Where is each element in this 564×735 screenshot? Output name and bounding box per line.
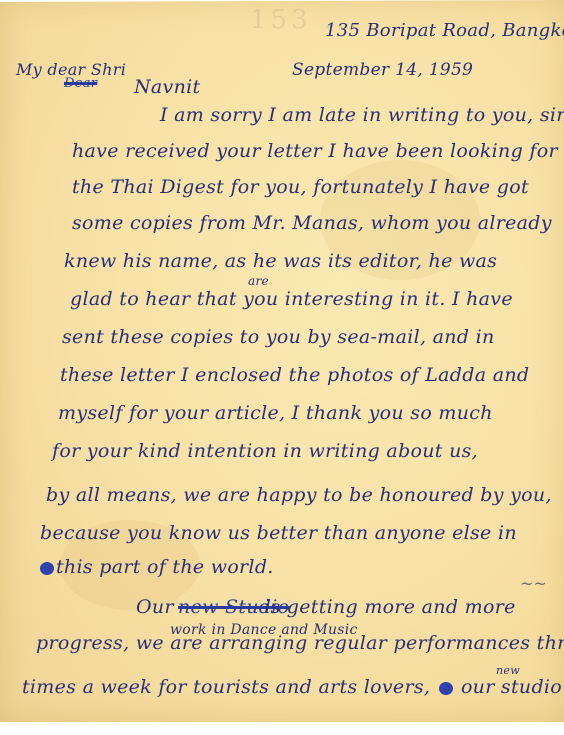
letter-line: have received your letter I have been lo… [72, 140, 558, 162]
recipient-name: Navnit [134, 76, 200, 98]
letter-line: sent these copies to you by sea-mail, an… [62, 326, 495, 348]
inserted-word-new: new [496, 664, 520, 677]
letter-line: for your kind intention in writing about… [52, 440, 478, 462]
letter-line-text: times a week for tourists and arts lover… [22, 676, 430, 698]
letter-date: September 14, 1959 [292, 60, 473, 80]
letter-line-text: this part of the world. [56, 556, 274, 578]
ink-blot [439, 682, 453, 695]
struck-word: Dear [64, 76, 97, 91]
letter-line: because you know us better than anyone e… [40, 522, 517, 544]
letter-line: the Thai Digest for you, fortunately I h… [72, 176, 529, 198]
letter-line: some copies from Mr. Manas, whom you alr… [72, 212, 552, 234]
inserted-word-are: are [248, 274, 269, 288]
ink-blot [40, 562, 54, 575]
sender-address: 135 Boripat Road, Bangkok. [325, 20, 564, 41]
letter-line: Our [136, 596, 174, 618]
letter-line: this part of the world. [38, 556, 274, 578]
letter-line-text: our studio [461, 676, 562, 698]
letter-line: these letter I enclosed the photos of La… [60, 364, 529, 386]
letter-line: glad to hear that you interesting in it.… [70, 288, 513, 310]
letter-line: progress, we are arranging regular perfo… [36, 632, 564, 654]
pencil-mark: ~~ [520, 574, 547, 593]
letter-line: times a week for tourists and arts lover… [22, 676, 562, 698]
letter-line: I am sorry I am late in writing to you, … [160, 104, 564, 126]
letter-line: by all means, we are happy to be honoure… [46, 484, 552, 506]
letter-line: myself for your article, I thank you so … [58, 402, 493, 424]
letter-line: knew his name, as he was its editor, he … [64, 250, 497, 272]
letter-line: is getting more and more [264, 596, 516, 618]
letter-paper: 153 ... 135 Boripat Road, Bangkok. Septe… [0, 0, 564, 722]
